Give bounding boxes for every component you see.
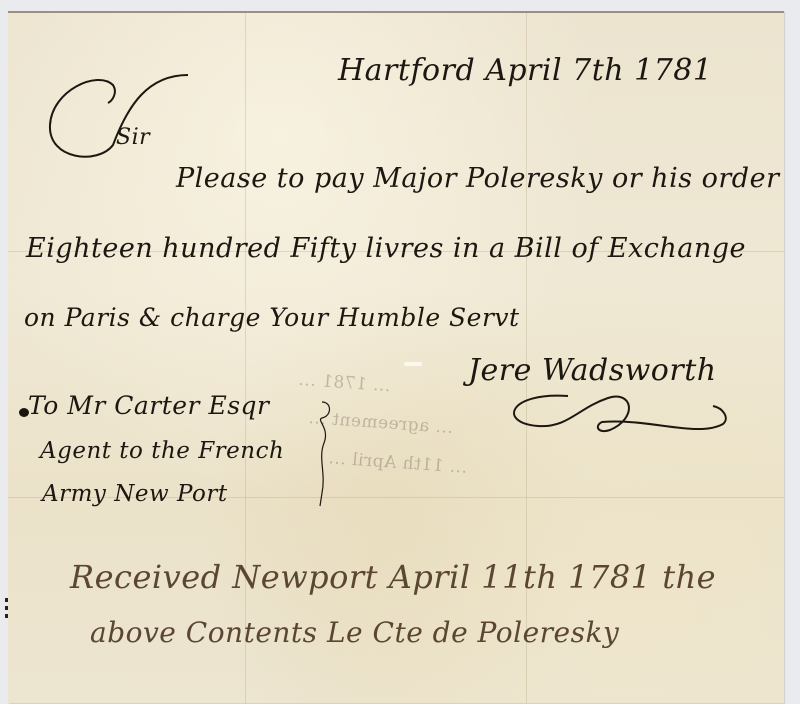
receipt-line-1: Received Newport April 11th 1781 the: [70, 558, 716, 596]
fold-line-vertical-left: [245, 13, 246, 703]
salutation: Sir: [116, 125, 150, 150]
addressee-line-3: Army New Port: [42, 481, 228, 507]
receipt-line-2: above Contents Le Cte de Poleresky: [90, 616, 619, 649]
letter-paper: ... 1781 ... ... agreement ... ... 11th …: [8, 11, 784, 703]
body-line-3: on Paris & charge Your Humble Servt: [24, 303, 520, 332]
signature: Jere Wadsworth: [468, 353, 717, 388]
addressee-line-2: Agent to the French: [40, 438, 284, 464]
bleed-through-line: ... 11th April ...: [327, 448, 467, 478]
paper-tear: [404, 362, 422, 366]
bleed-through-line: ... 1781 ...: [297, 370, 391, 396]
edge-mark: [5, 598, 8, 620]
signature-flourish-icon: [498, 388, 738, 448]
document-viewer: ... 1781 ... ... agreement ... ... 11th …: [0, 0, 800, 704]
place-date-heading: Hartford April 7th 1781: [338, 53, 712, 88]
addressee-line-1: To Mr Carter Esqr: [28, 391, 269, 420]
addressee-brace-icon: [310, 398, 340, 508]
salutation-flourish-icon: [38, 65, 198, 165]
body-line-1: Please to pay Major Poleresky or his ord…: [176, 163, 779, 194]
body-line-2: Eighteen hundred Fifty livres in a Bill …: [26, 233, 746, 264]
